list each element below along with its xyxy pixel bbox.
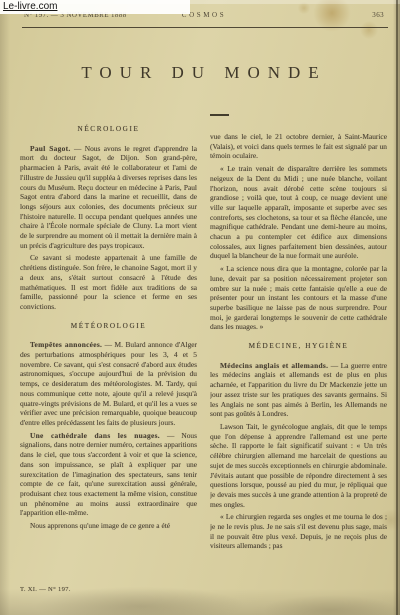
paragraph-text: — Nous avons le regret d'apprendre la mo… [20,144,197,250]
paragraph-text: — M. Bulard annonce d'Alger des perturba… [20,340,197,427]
page-number: 363 [372,11,384,19]
two-column-text: NÉCROLOGIE Paul Sagot. — Nous avons le r… [20,108,387,608]
masthead-rule [22,27,388,28]
cathedral-paragraph: Une cathédrale dans les nuages. — Nous s… [20,431,197,518]
section-heading-meteorologie: MÉTÉOROLOGIE [20,322,197,332]
page-title: TOUR DU MONDE [0,63,400,83]
witness-quote-paragraph: « Le train venait de disparaître derrièr… [210,164,387,261]
column-divider-rule [210,114,229,116]
paragraph-lead: Médecins anglais et allemands. [220,361,328,370]
paragraph-lead: Paul Sagot. [30,144,71,153]
watermark-le-livre-link[interactable]: Le-livre.com [0,0,190,14]
paragraph-text: — Nous signalions, dans notre dernier nu… [20,431,197,518]
obituary-paragraph: Paul Sagot. — Nous avons le regret d'app… [20,144,197,251]
doctors-paragraph: Médecins anglais et allemands. — La guer… [210,361,387,419]
obituary-paragraph: Ce savant si modeste appartenait à une f… [20,253,197,311]
witness-quote-paragraph: « La science nous dira que la montagne, … [210,264,387,332]
page-edge-shadow [396,0,398,615]
right-column: vue dans le ciel, le 21 octobre dernier,… [210,108,387,608]
scanned-journal-page: Le-livre.com N° 197. — 3 NOVEMBRE 1888 C… [0,0,400,615]
page-content: N° 197. — 3 NOVEMBRE 1888 COSMOS 363 TOU… [0,0,400,615]
paragraph-lead: Tempêtes annoncées. [30,340,102,349]
printer-signature: T. XI. — N° 197. [20,585,71,595]
section-heading-necrologie: NÉCROLOGIE [20,125,197,135]
lawson-tait-paragraph: Lawson Tait, le gynécologue anglais, dit… [210,422,387,509]
continuation-paragraph: vue dans le ciel, le 21 octobre dernier,… [210,132,387,161]
watermark-text: Le-livre.com [3,1,57,12]
paragraph-lead: Une cathédrale dans les nuages. [30,431,160,440]
left-column: NÉCROLOGIE Paul Sagot. — Nous avons le r… [20,108,197,608]
continuation-paragraph: Nous apprenons qu'une image de ce genre … [20,521,197,531]
surgeon-quote-paragraph: « Le chirurgien regarda ses ongles et me… [210,512,387,551]
storms-paragraph: Tempêtes annoncées. — M. Bulard annonce … [20,340,197,427]
section-heading-medecine: MÉDECINE, HYGIÈNE [210,342,387,352]
